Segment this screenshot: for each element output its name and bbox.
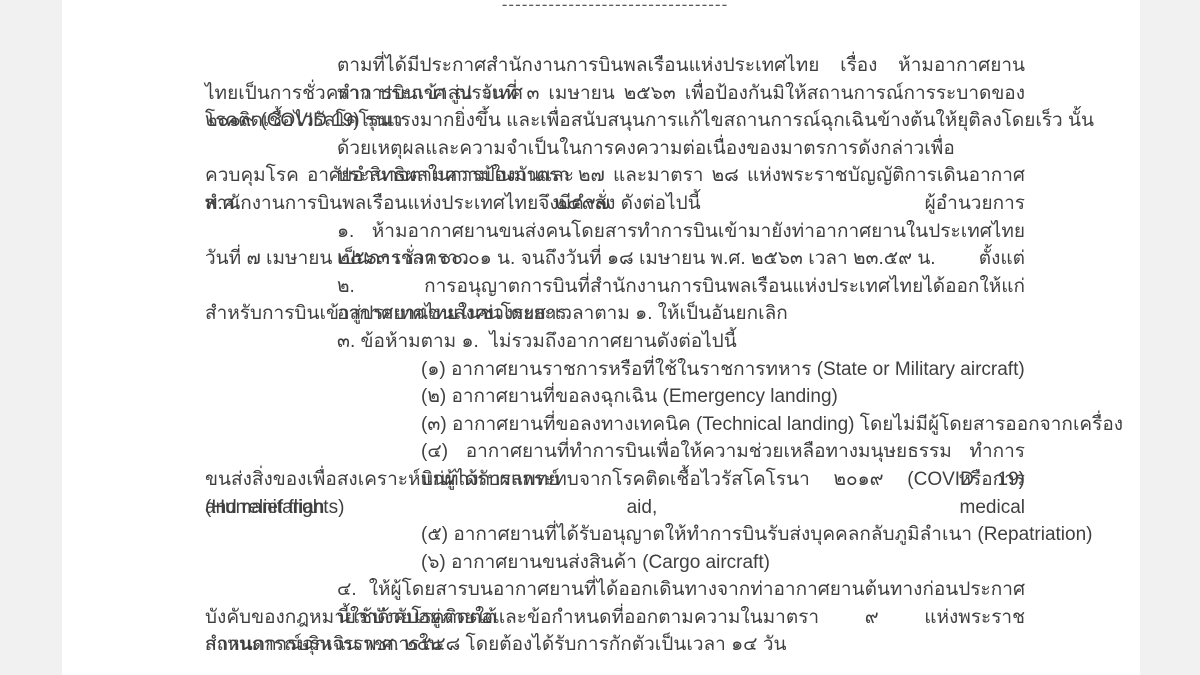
document-line: (๑) อากาศยานราชการหรือที่ใช้ในราชการทหาร…: [205, 356, 1025, 384]
document-line: (๕) อากาศยานที่ได้รับอนุญาตให้ทำการบินรั…: [205, 521, 1025, 549]
document-line: สถานการณ์ฉุกเฉิน พ.ศ. ๒๕๔๘ โดยต้องได้รับ…: [205, 631, 1025, 659]
dashed-separator: ----------------------------------: [205, 0, 1025, 18]
document-line: (๔) อากาศยานที่ทำการบินเพื่อให้ความช่วยเ…: [205, 438, 1025, 466]
announcement-body: ตามที่ได้มีประกาศสำนักงานการบินพลเรือนแห…: [205, 52, 1025, 659]
document-line: ๒๐๑๙ (COVID 19) รุนแรงมากยิ่งขึ้น และเพื…: [205, 107, 1025, 135]
document-line: ตามที่ได้มีประกาศสำนักงานการบินพลเรือนแห…: [205, 52, 1025, 80]
document-line: ๓. ข้อห้ามตาม ๑. ไม่รวมถึงอากาศยานดังต่อ…: [205, 328, 1025, 356]
document-line: (๖) อากาศยานขนส่งสินค้า (Cargo aircraft): [205, 549, 1025, 577]
paper-sheet: ---------------------------------- ตามที…: [62, 0, 1140, 675]
document-line: ด้วยเหตุผลและความจำเป็นในการคงความต่อเนื…: [205, 135, 1025, 163]
document-line: (๓) อากาศยานที่ขอลงทางเทคนิค (Technical …: [205, 411, 1025, 439]
document-line: ๒. การอนุญาตการบินที่สำนักงานการบินพลเรื…: [205, 273, 1025, 301]
document-line: บังคับของกฎหมายว่าด้วยโรคติดต่อและข้อกำห…: [205, 604, 1025, 632]
document-line: ควบคุมโรค อาศัยอำนาจตามความในมาตรา ๒๗ แล…: [205, 162, 1025, 190]
document-line: ไทยเป็นการชั่วคราว ประกาศ ณ วันที่ ๓ เมษ…: [205, 80, 1025, 108]
document-line: (๒) อากาศยานที่ขอลงฉุกเฉิน (Emergency la…: [205, 383, 1025, 411]
document-line: ๔. ให้ผู้โดยสารบนอากาศยานที่ได้ออกเดินทา…: [205, 576, 1025, 604]
document-line: ขนส่งสิ่งของเพื่อสงเคราะห์แก่ผู้ได้รับผล…: [205, 466, 1025, 494]
document-line: ๑. ห้ามอากาศยานขนส่งคนโดยสารทำการบินเข้า…: [205, 218, 1025, 246]
document-line: วันที่ ๗ เมษายน ๒๕๖๓ เวลา ๐๐.๐๑ น. จนถึง…: [205, 245, 1025, 273]
document-line: สำหรับการบินเข้าสู่ประเทศไทยในช่วงระยะเว…: [205, 300, 1025, 328]
document-viewer: ---------------------------------- ตามที…: [0, 0, 1200, 675]
